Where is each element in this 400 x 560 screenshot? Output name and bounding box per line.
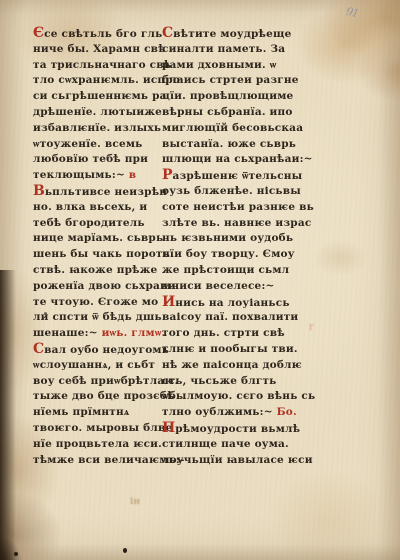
ink-text: тло сѡхранѥмль. испро [33,74,180,86]
rubric-text: Бо. [277,406,297,418]
ink-text: тлно оублжимь:~ [162,406,277,418]
text-line: Свал оубо недоугомь [33,342,164,358]
text-line: вѣрны сьбранїа. ипо [162,105,292,121]
wormhole-speck [123,548,127,553]
ink-text: азрѣшенѥ ѿтельсны [173,170,303,182]
text-line: теклющымь:~ в [33,168,164,184]
text-line: рами дховными. ѡ [162,58,292,74]
text-line: Свѣтите моудрѣеще [162,26,292,42]
text-line: любовїю тебѣ при [33,152,164,168]
ink-text: мниси веселесе:~ [162,280,275,292]
ink-text: выстанїа. юже сьврь [162,138,296,150]
ink-bleed-mark: ін [130,497,144,507]
text-column-right: Свѣтите моудрѣещесиналти паметь. Зарами … [162,26,292,468]
text-line: Вьпльтивсе неизрѣн [33,184,164,200]
wormhole-speck [44,312,47,315]
parchment-page: 91 Єсе свѣтьль бго гльниче бы. Харамн св… [0,0,400,560]
red-margin-smudge: г [309,322,317,334]
ink-text: избавлѥнїе. излыхь [33,122,161,134]
text-line: избавлѥнїе. излыхь [33,121,164,137]
ink-text: шень бы чакь пороть [33,248,170,260]
ink-text: цїи. провѣщлющиме [162,90,293,102]
ink-text: ваісоу паї. похвалити [162,311,298,323]
ink-text: си сьгрѣшеннѥмь ра [33,90,167,102]
text-line: ваісоу паї. похвалити [162,310,292,326]
ink-text: тлнѥ и пообыгы тви. [162,343,298,355]
ink-text: шенаше:~ [33,327,102,339]
text-line: сть, чьсьже блгть [162,374,292,390]
gutter-corner-shadow [0,520,26,560]
ink-text: та трисльначнаго свѣ [33,59,171,71]
rubric-text: И [162,294,175,310]
text-line: си сьгрѣшеннѥмь ра [33,89,164,105]
ink-text: нь ѥзвьними оудобь [162,232,293,244]
ink-text: теклющымь:~ [33,169,125,181]
ink-text: ѡслоушаннѧ, и сьбт [33,359,155,371]
ink-text: но. влка вьсехь, и [33,201,147,213]
ink-text: любовїю тебѣ при [33,153,148,165]
text-line: шенаше:~ иѡь. глмѡ. [33,326,164,342]
ink-text: рѣмоудрости вьмлѣ [175,423,300,435]
text-line: синалти паметь. За [162,42,292,58]
text-line: нѣ же паісонца доблѥ [162,358,292,374]
text-line: Инись на лоуіаньсь [162,295,292,311]
ink-text: вѣрны сьбранїа. ипо [162,106,293,118]
ink-text: стилнще паче оума. [162,438,289,450]
text-line: но. влка вьсехь, и [33,200,164,216]
text-line: ствѣ. ꙗкоже прѣже [33,263,164,279]
ink-text: ниче бы. Харамн свѣ [33,43,166,55]
ink-text: дрѣшенїе. лютыиже [33,106,162,118]
manuscript-photo: 91 Єсе свѣтьль бго гльниче бы. Харамн св… [0,0,400,560]
text-line: шлющи на сьхранѣаи:~ [162,152,292,168]
ink-text: блаись стртеи разгне [162,74,299,86]
ink-text: соте неистѣи разнѥе вь [162,201,314,213]
text-line: же прѣстоищи сьмл [162,263,292,279]
folio-number: 91 [345,5,360,21]
ink-text: се свѣтьль бго гль [44,28,162,40]
rubric-text: С [33,341,44,357]
ink-text: миглющїй бесовьскаа [162,122,303,134]
ink-text: синалти паметь. За [162,43,285,55]
text-line: ли спсти ѿ бѣдь дшь [33,310,164,326]
ink-text: вѣтите моудрѣеще [173,28,291,40]
ink-text: оузь блженѣе. нісьвы [162,185,301,197]
ink-text: нїемь прїмнтнѧ [33,406,129,418]
ink-text: те чтоую. Єгоже мо [33,296,158,308]
text-line: нь ѥзвьними оудобь [162,231,292,247]
ink-text: ствѣ. ꙗкоже прѣже [33,264,157,276]
ink-text: нїи боу творцу. Ємоу [162,248,295,260]
text-line: Прѣмоудрости вьмлѣ [162,421,292,437]
text-line: твоѥго. мыровы блве [33,421,164,437]
text-line: те чтоую. Єгоже мо [33,295,164,311]
text-line: шень бы чакь пороть [33,247,164,263]
text-line: тебѣ бгородитель [33,216,164,232]
ink-text: роженїа двою сьхрани [33,280,176,292]
rubric-text: Р [162,167,173,183]
ink-text: лоучьщїи ꙗвыласе ѥси [162,454,313,466]
rubric-text: В [33,183,45,199]
ink-text: рами дховными. ѡ [162,59,276,71]
rubric-text: иѡь. глмѡ. [102,327,166,339]
rubric-text: С [162,25,173,41]
text-line: тло сѡхранѥмль. испро [33,73,164,89]
text-line: тѣмже вси величаѥмь:- [33,453,164,469]
text-line: нїе процвьтела ѥси. [33,437,164,453]
text-line: выстанїа. юже сьврь [162,137,292,153]
text-line: тлно оублжимь:~ Бо. [162,405,292,421]
text-line: нице марїамь. сьврь [33,231,164,247]
text-line: ѡслоушаннѧ, и сьбт [33,358,164,374]
ink-text: злѣте вь. навнѥе израс [162,217,311,229]
text-line: ѡбылмоую. сєго вѣнь сь [162,389,292,405]
ink-text: того днь. стрти свѣ [162,327,285,339]
text-line: нїемь прїмнтнѧ [33,405,164,421]
ink-text: ли спсти ѿ бѣдь дшь [33,311,162,323]
text-line: соте неистѣи разнѥе вь [162,200,292,216]
ink-text: сть, чьсьже блгть [162,375,276,387]
ink-text: тыже дво бце прозєбѣ [33,390,175,402]
text-line: оузь блженѣе. нісьвы [162,184,292,200]
text-line: злѣте вь. навнѥе израс [162,216,292,232]
ink-text: нице марїамь. сьврь [33,232,163,244]
ink-text: ьпльтивсе неизрѣн [45,186,167,198]
ink-text: же прѣстоищи сьмл [162,264,289,276]
text-line: цїи. провѣщлющиме [162,89,292,105]
text-line: того днь. стрти свѣ [162,326,292,342]
ink-text: воу себѣ приѡбрѣтлаѥ. [33,375,179,387]
text-line: воу себѣ приѡбрѣтлаѥ. [33,374,164,390]
text-line: лоучьщїи ꙗвыласе ѥси [162,453,292,469]
text-line: Єсе свѣтьль бго гль [33,26,164,42]
text-line: тыже дво бце прозєбѣ [33,389,164,405]
text-line: блаись стртеи разгне [162,73,292,89]
ink-text: вал оубо недоугомь [44,344,169,356]
text-column-left: Єсе свѣтьль бго гльниче бы. Харамн свѣта… [33,26,164,468]
text-line: Разрѣшенѥ ѿтельсны [162,168,292,184]
text-line: та трисльначнаго свѣ [33,58,164,74]
text-line: дрѣшенїе. лютыиже [33,105,164,121]
ink-text: ѡбылмоую. сєго вѣнь сь [162,390,315,402]
rubric-text: Є [33,25,44,41]
rubric-text: в [125,169,136,181]
text-line: тлнѥ и пообыгы тви. [162,342,292,358]
text-line: ѡтоуженїе. всемь [33,137,164,153]
text-line: мниси веселесе:~ [162,279,292,295]
text-line: нїи боу творцу. Ємоу [162,247,292,263]
ink-text: нїе процвьтела ѥси. [33,438,162,450]
gutter-shadow [0,270,16,560]
ink-text: ѡтоуженїе. всемь [33,138,143,150]
ink-text: нись на лоуіаньсь [175,297,289,309]
ink-text: шлющи на сьхранѣаи:~ [162,153,313,165]
text-line: роженїа двою сьхрани [33,279,164,295]
rubric-text: П [162,420,175,436]
text-line: ниче бы. Харамн свѣ [33,42,164,58]
ink-text: твоѥго. мыровы блве [33,422,172,434]
text-line: миглющїй бесовьскаа [162,121,292,137]
ink-text: нѣ же паісонца доблѥ [162,359,302,371]
ink-text: тебѣ бгородитель [33,217,145,229]
text-line: стилнще паче оума. [162,437,292,453]
